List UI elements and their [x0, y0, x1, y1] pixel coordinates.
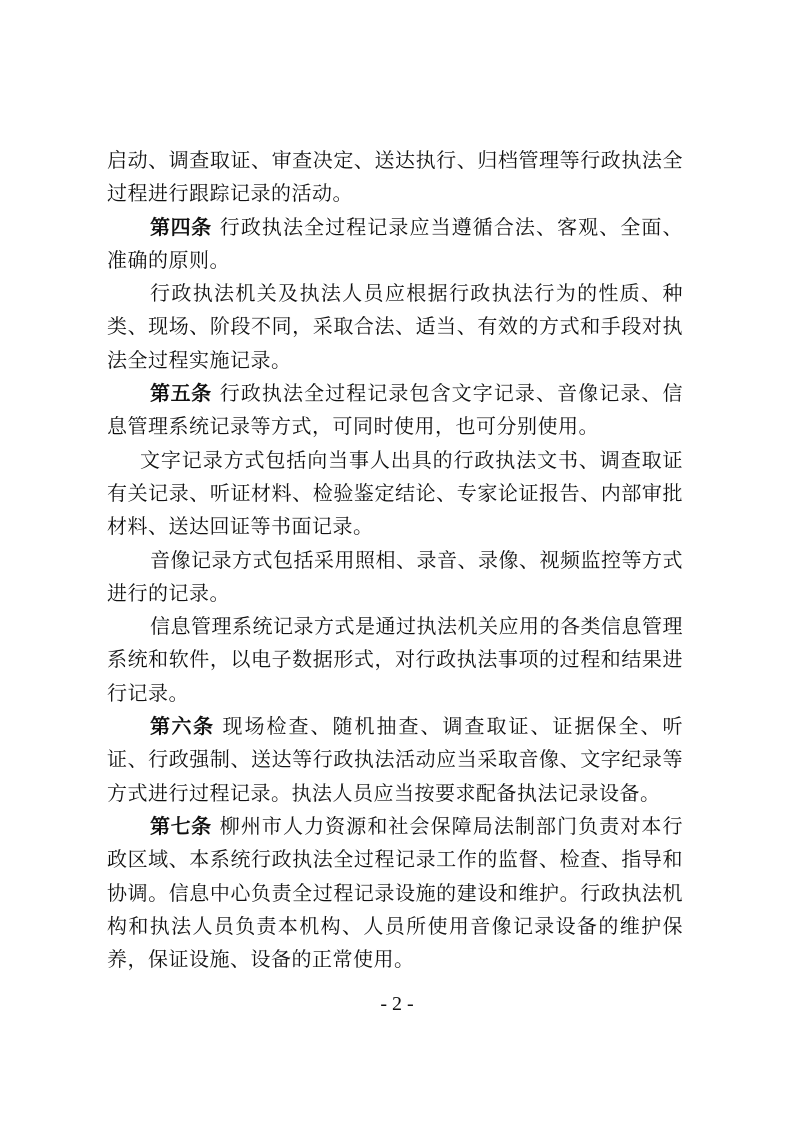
paragraph: 行政执法机关及执法人员应根据行政执法行为的性质、种类、现场、阶段不同，采取合法、…	[107, 277, 683, 377]
document-page: 启动、调查取证、审查决定、送达执行、归档管理等行政执法全过程进行跟踪记录的活动。…	[0, 0, 794, 1123]
article-6-paragraph: 第六条现场检查、随机抽查、调查取证、证据保全、听证、行政强制、送达等行政执法活动…	[107, 710, 683, 810]
article-5-paragraph: 第五条行政执法全过程记录包含文字记录、音像记录、信息管理系统记录等方式，可同时使…	[107, 377, 683, 444]
paragraph: 音像记录方式包括采用照相、录音、录像、视频监控等方式进行的记录。	[107, 544, 683, 611]
article-7-paragraph: 第七条柳州市人力资源和社会保障局法制部门负责对本行政区域、本系统行政执法全过程记…	[107, 810, 683, 976]
article-4-paragraph: 第四条行政执法全过程记录应当遵循合法、客观、全面、准确的原则。	[107, 211, 683, 278]
article-number: 第四条	[150, 215, 212, 239]
document-body: 启动、调查取证、审查决定、送达执行、归档管理等行政执法全过程进行跟踪记录的活动。…	[107, 144, 683, 976]
paragraph: 文字记录方式包括向当事人出具的行政执法文书、调查取证有关记录、听证材料、检验鉴定…	[107, 444, 683, 544]
paragraph-continuation: 启动、调查取证、审查决定、送达执行、归档管理等行政执法全过程进行跟踪记录的活动。	[107, 144, 683, 211]
page-number: - 2 -	[0, 993, 794, 1016]
article-number: 第六条	[150, 714, 215, 738]
paragraph-text: 启动、调查取证、审查决定、送达执行、归档管理等行政执法全过程进行跟踪记录的活动。	[107, 148, 683, 205]
paragraph-text: 音像记录方式包括采用照相、录音、录像、视频监控等方式进行的记录。	[107, 548, 683, 605]
paragraph-text: 信息管理系统记录方式是通过执法机关应用的各类信息管理系统和软件，以电子数据形式，…	[107, 614, 683, 705]
article-number: 第七条	[150, 814, 212, 838]
paragraph-text: 行政执法机关及执法人员应根据行政执法行为的性质、种类、现场、阶段不同，采取合法、…	[107, 281, 683, 372]
article-number: 第五条	[150, 381, 212, 405]
paragraph: 信息管理系统记录方式是通过执法机关应用的各类信息管理系统和软件，以电子数据形式，…	[107, 610, 683, 710]
paragraph-text: 文字记录方式包括向当事人出具的行政执法文书、调查取证有关记录、听证材料、检验鉴定…	[107, 448, 683, 539]
